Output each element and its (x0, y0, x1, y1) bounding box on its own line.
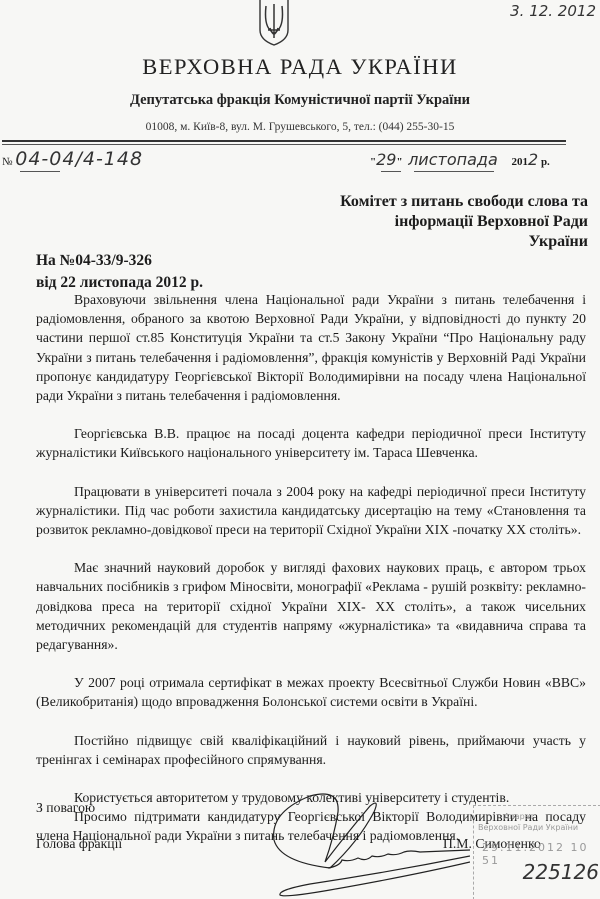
handwritten-outgoing-number: 04-04/4-148 (15, 148, 143, 170)
reference-block: На №04-33/9-326 від 22 листопада 2012 р. (36, 250, 203, 294)
date-suffix: р. (541, 156, 550, 168)
date-day: 29 (376, 150, 396, 169)
closing-phrase: З повагою (36, 800, 95, 816)
header-divider (2, 140, 566, 142)
stamp-office: Апарат (504, 812, 534, 821)
registration-number: № 04-04/4-148 (2, 148, 143, 170)
number-sign: № (2, 156, 13, 168)
trident-coat-of-arms-icon (258, 0, 290, 46)
body-paragraph: У 2007 році отримала сертифікат в межах … (36, 673, 586, 711)
body-paragraph: Має значний науковий доробок у вигляді ф… (36, 558, 586, 654)
date-month: листопада (408, 150, 498, 169)
handwritten-signature-icon (270, 792, 470, 899)
recipient-line: інформації Верховної Ради (288, 212, 588, 232)
body-paragraph: Георгієвська В.В. працює на посаді доцен… (36, 424, 586, 462)
date-year-suffix: 2 (528, 150, 538, 169)
faction-address: 01008, м. Київ-8, вул. М. Грушевського, … (0, 121, 600, 133)
stamp-institution: Верховної Ради України (478, 823, 578, 832)
stamp-incoming-number: 225126 (523, 860, 599, 884)
header-divider-thin (2, 144, 566, 145)
body-paragraph: Постійно підвищує свій кваліфікаційний і… (36, 731, 586, 769)
letter-body: Враховуючи звільнення члена Національної… (36, 290, 586, 865)
signatory-role: Голова фракції (36, 836, 122, 852)
body-paragraph: Враховуючи звільнення члена Національної… (36, 290, 586, 405)
letter-date: "29" листопада 2012 р. (370, 150, 550, 169)
recipient-line: України (288, 232, 588, 252)
month-underline (414, 171, 494, 172)
day-underline (381, 171, 401, 172)
body-paragraph: Працювати в університеті почала з 2004 р… (36, 482, 586, 540)
organization-title: ВЕРХОВНА РАДА УКРАЇНИ (0, 54, 600, 80)
date-year-prefix: 201 (512, 156, 529, 168)
number-underline (20, 171, 60, 172)
recipient-line: Комітет з питань свободи слова та (288, 192, 588, 212)
recipient-block: Комітет з питань свободи слова та інформ… (288, 192, 588, 252)
registration-stamp: Апарат Верховної Ради України 29.11.2012… (473, 805, 600, 899)
handwritten-receipt-date: 3. 12. 2012 (510, 2, 596, 20)
reference-number: На №04-33/9-326 (36, 250, 203, 272)
faction-name: Депутатська фракція Комуністичної партії… (0, 92, 600, 109)
